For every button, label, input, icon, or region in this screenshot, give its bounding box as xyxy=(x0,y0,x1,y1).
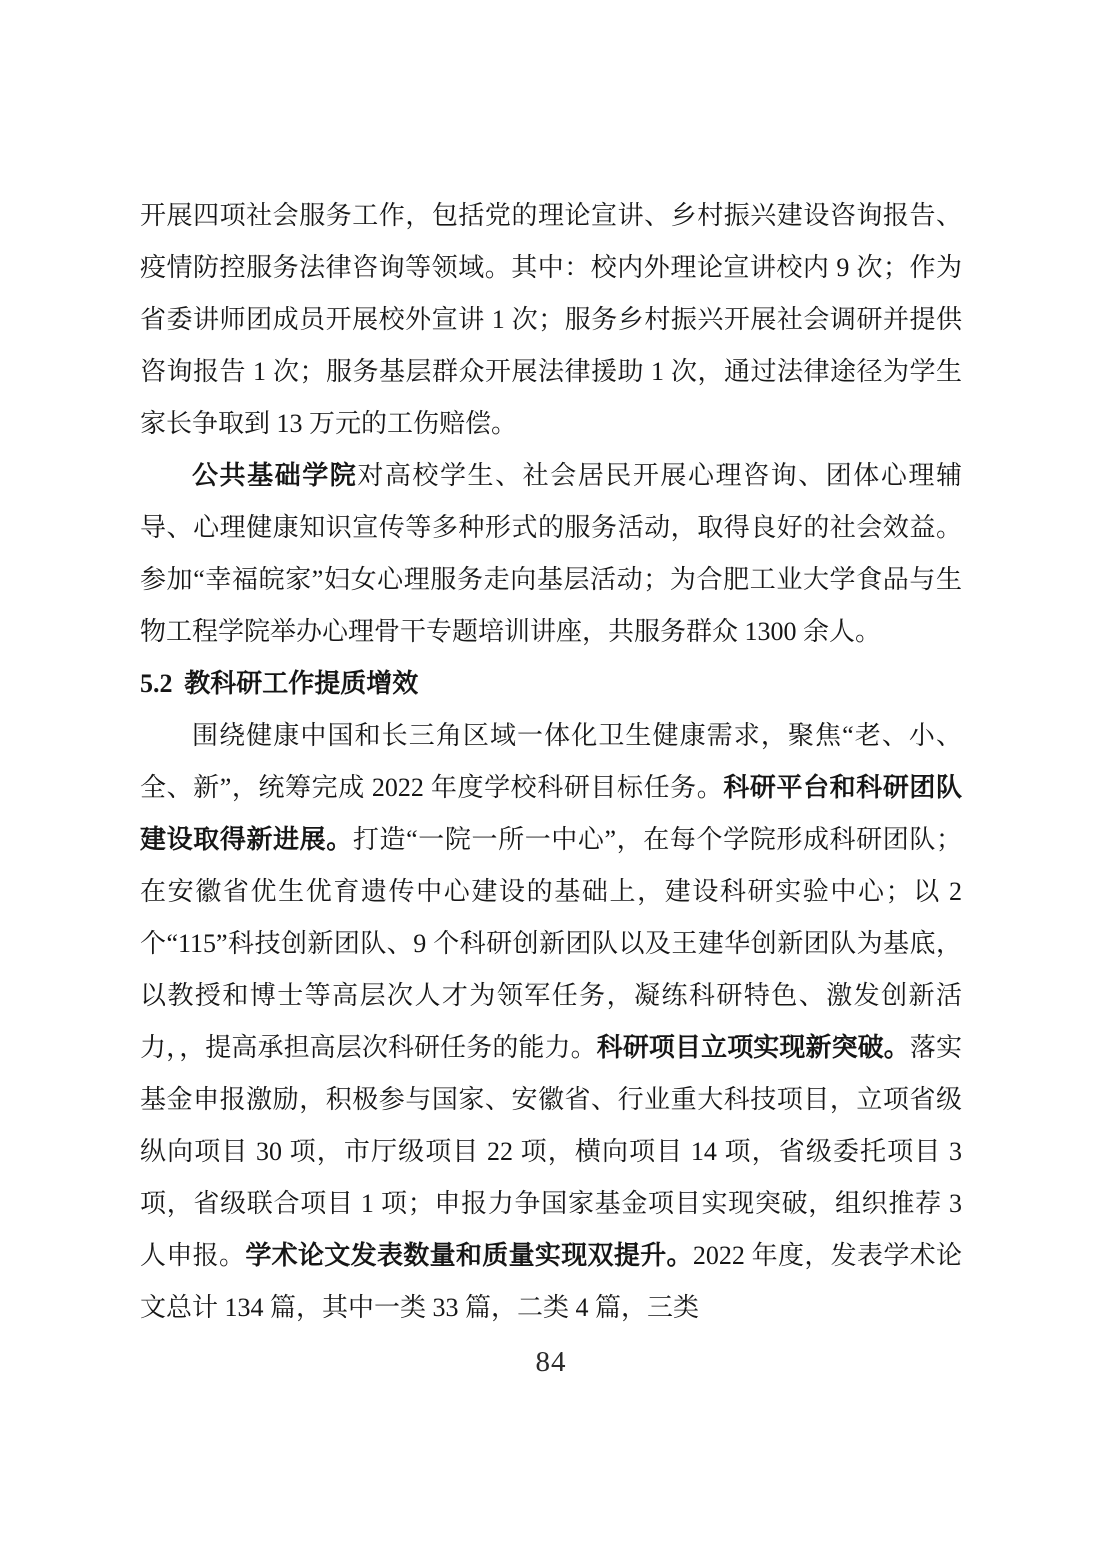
paragraph-3: 围绕健康中国和长三角区域一体化卫生健康需求，聚焦“老、小、全、新”，统筹完成 2… xyxy=(140,710,962,1334)
section-heading: 5.2教科研工作提质增效 xyxy=(140,658,962,710)
paragraph-3-text-2: 打造“一院一所一中心”，在每个学院形成科研团队；在安徽省优生优育遗传中心建设的基… xyxy=(140,825,962,1062)
paragraph-3-text-3: 落实基金申报激励，积极参与国家、安徽省、行业重大科技项目，立项省级纵向项目 30… xyxy=(140,1033,962,1270)
page-number: 84 xyxy=(0,1342,1102,1382)
document-body: 开展四项社会服务工作，包括党的理论宣讲、乡村振兴建设咨询报告、疫情防控服务法律咨… xyxy=(140,190,962,1334)
paragraph-2-bold-lead: 公共基础学院 xyxy=(192,461,357,490)
paragraph-1-text: 开展四项社会服务工作，包括党的理论宣讲、乡村振兴建设咨询报告、疫情防控服务法律咨… xyxy=(140,201,962,438)
paragraph-1: 开展四项社会服务工作，包括党的理论宣讲、乡村振兴建设咨询报告、疫情防控服务法律咨… xyxy=(140,190,962,450)
section-title: 教科研工作提质增效 xyxy=(184,669,418,698)
paragraph-3-bold-3: 学术论文发表数量和质量实现双提升。 xyxy=(245,1241,693,1270)
section-number: 5.2 xyxy=(140,669,173,698)
paragraph-2: 公共基础学院对高校学生、社会居民开展心理咨询、团体心理辅导、心理健康知识宣传等多… xyxy=(140,450,962,658)
paragraph-3-bold-2: 科研项目立项实现新突破。 xyxy=(597,1033,910,1062)
